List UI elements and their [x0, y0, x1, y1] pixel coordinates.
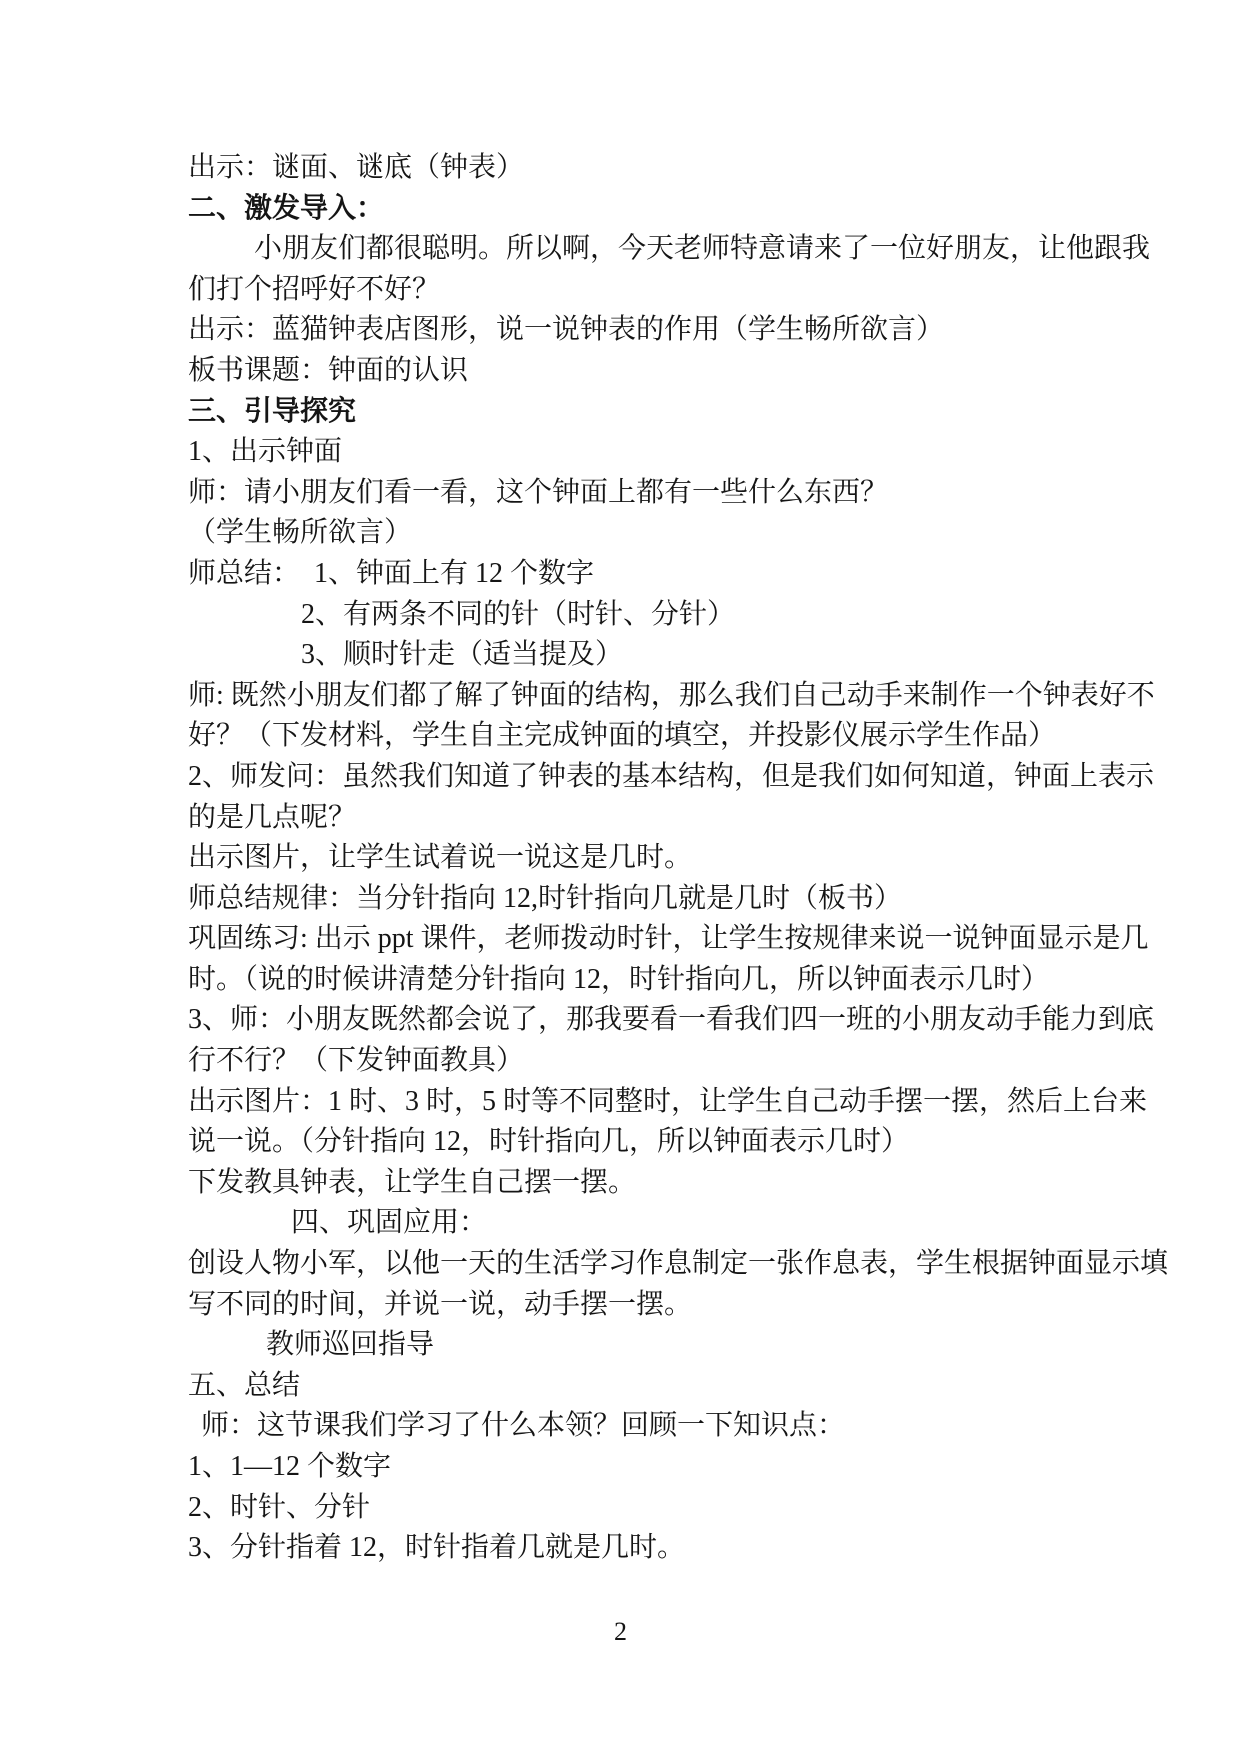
document-body: 出示：谜面、谜底（钟表） 二、激发导入： 小朋友们都很聪明。所以啊，今天老师特意… [188, 148, 1088, 1569]
body-line-practice-2: 时。（说的时候讲清楚分针指向 12，时针指向几，所以钟面表示几时） [188, 960, 1088, 1001]
body-line-intro-2: 们打个招呼好不好？ [188, 270, 1088, 311]
page-number: 2 [0, 1612, 1241, 1652]
body-line-point-2: 2、时针、分针 [188, 1488, 1088, 1529]
document-page: 出示：谜面、谜底（钟表） 二、激发导入： 小朋友们都很聪明。所以啊，今天老师特意… [0, 0, 1241, 1754]
body-line-item-3-1: 3、师：小朋友既然都会说了，那我要看一看我们四一班的小朋友动手能力到底 [188, 1000, 1088, 1041]
body-line-practice-1: 巩固练习: 出示 ppt 课件，老师拨动时针，让学生按规律来说一说钟面显示是几 [188, 919, 1088, 960]
body-line-point-3: 3、分针指着 12，时针指着几就是几时。 [188, 1528, 1088, 1569]
body-line-summary-2: 2、有两条不同的针（时针、分针） [188, 595, 1088, 636]
body-line-board-topic: 板书课题：钟面的认识 [188, 351, 1088, 392]
body-line-review: 师：这节课我们学习了什么本领？回顾一下知识点： [188, 1406, 1088, 1447]
section-heading-3: 三、引导探究 [188, 392, 1088, 433]
body-line-teacher-question: 师：请小朋友们看一看，这个钟面上都有一些什么东西？ [188, 473, 1088, 514]
body-line-apply-1: 创设人物小军，以他一天的生活学习作息制定一张作息表，学生根据钟面显示填 [188, 1244, 1088, 1285]
body-line-teacher-patrol: 教师巡回指导 [188, 1325, 1088, 1366]
body-line-students-speak: （学生畅所欲言） [188, 513, 1088, 554]
section-heading-5: 五、总结 [188, 1366, 1088, 1407]
body-line-show-picture: 出示图片，让学生试着说一说这是几时。 [188, 838, 1088, 879]
body-line-summary-3: 3、顺时针走（适当提及） [188, 635, 1088, 676]
body-line-item-2-ask-2: 的是几点呢？ [188, 798, 1088, 839]
body-line-item-2-ask-1: 2、师发问：虽然我们知道了钟表的基本结构，但是我们如何知道，钟面上表示 [188, 757, 1088, 798]
body-line-show-times-2: 说一说。（分针指向 12，时针指向几，所以钟面表示几时） [188, 1122, 1088, 1163]
body-line-make-clock-2: 好？（下发材料，学生自主完成钟面的填空，并投影仪展示学生作品） [188, 716, 1088, 757]
body-line-show-times-1: 出示图片：1 时、3 时，5 时等不同整时，让学生自己动手摆一摆，然后上台来 [188, 1082, 1088, 1123]
body-line-point-1: 1、1—12 个数字 [188, 1447, 1088, 1488]
section-heading-2: 二、激发导入： [188, 189, 1088, 230]
body-line-rule-summary: 师总结规律：当分针指向 12,时针指向几就是几时（板书） [188, 879, 1088, 920]
body-line-item-3-2: 行不行？（下发钟面教具） [188, 1041, 1088, 1082]
body-line-item-1: 1、出示钟面 [188, 432, 1088, 473]
section-heading-4: 四、巩固应用： [188, 1203, 1088, 1244]
body-line-summary-1: 师总结： 1、钟面上有 12 个数字 [188, 554, 1088, 595]
body-line-hand-out-clock: 下发教具钟表，让学生自己摆一摆。 [188, 1163, 1088, 1204]
body-line-show-bluecat: 出示：蓝猫钟表店图形，说一说钟表的作用（学生畅所欲言） [188, 310, 1088, 351]
body-line-make-clock-1: 师: 既然小朋友们都了解了钟面的结构，那么我们自己动手来制作一个钟表好不 [188, 676, 1088, 717]
body-line-show-riddle: 出示：谜面、谜底（钟表） [188, 148, 1088, 189]
body-line-intro-1: 小朋友们都很聪明。所以啊，今天老师特意请来了一位好朋友，让他跟我 [188, 229, 1088, 270]
body-line-apply-2: 写不同的时间，并说一说，动手摆一摆。 [188, 1285, 1088, 1326]
